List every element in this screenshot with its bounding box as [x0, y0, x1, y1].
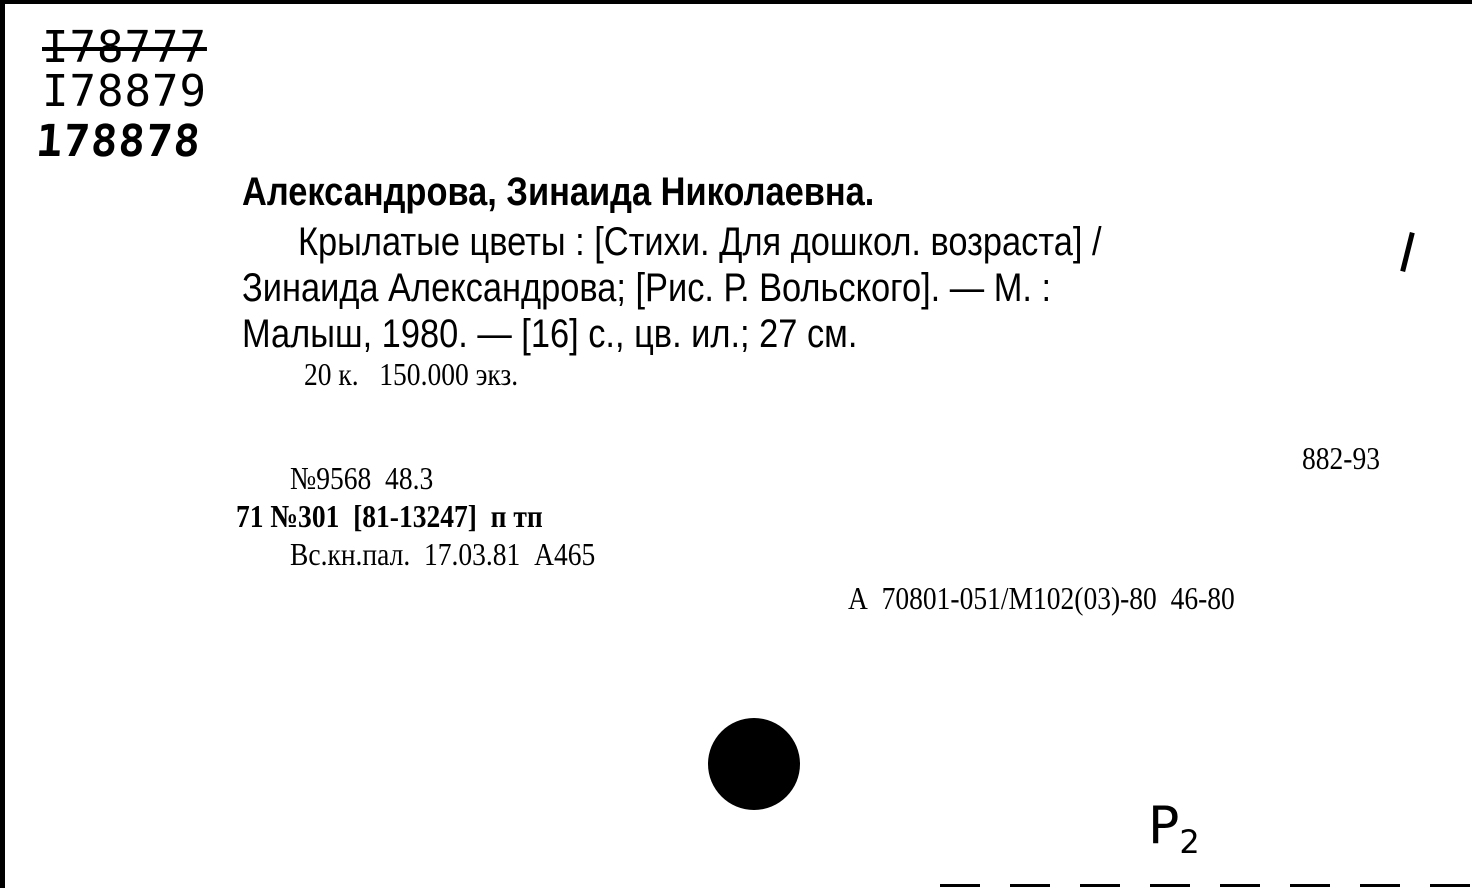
registration-line-1: №9568 48.3 [290, 462, 433, 494]
classification-code: 882-93 [1302, 442, 1380, 474]
catalog-card: I78777 I78879 178878 Александрова, Зинаи… [0, 0, 1472, 888]
handwritten-inventory-number: 178878 [34, 120, 202, 164]
shelf-mark: Р2 [1148, 800, 1200, 858]
inventory-number: I78879 [42, 70, 207, 114]
slash-mark [1400, 232, 1415, 272]
publisher-code: А 70801-051/М102(03)-80 46-80 [848, 582, 1235, 614]
shelf-mark-letter: Р [1148, 796, 1179, 856]
description-line-2: Зинаида Александрова; [Рис. Р. Вольского… [242, 268, 1051, 308]
description-line-1: Крылатые цветы : [Стихи. Для дошкол. воз… [298, 222, 1102, 262]
registration-line-2: 71 №301 [81-13247] п тп [236, 500, 543, 532]
card-left-edge [0, 0, 5, 888]
shelf-mark-subscript: 2 [1179, 823, 1199, 861]
description-line-3: Малыш, 1980. — [16] с., цв. ил.; 27 см. [242, 314, 857, 354]
crossed-out-inventory-number: I78777 [42, 26, 207, 70]
registration-line-3: Вс.кн.пал. 17.03.81 А465 [290, 538, 595, 570]
card-top-edge [0, 0, 1472, 4]
author-heading: Александрова, Зинаида Николаевна. [242, 172, 874, 212]
price-and-print-run: 20 к. 150.000 экз. [304, 358, 518, 390]
punch-hole [708, 718, 800, 810]
card-bottom-edge [940, 884, 1472, 887]
